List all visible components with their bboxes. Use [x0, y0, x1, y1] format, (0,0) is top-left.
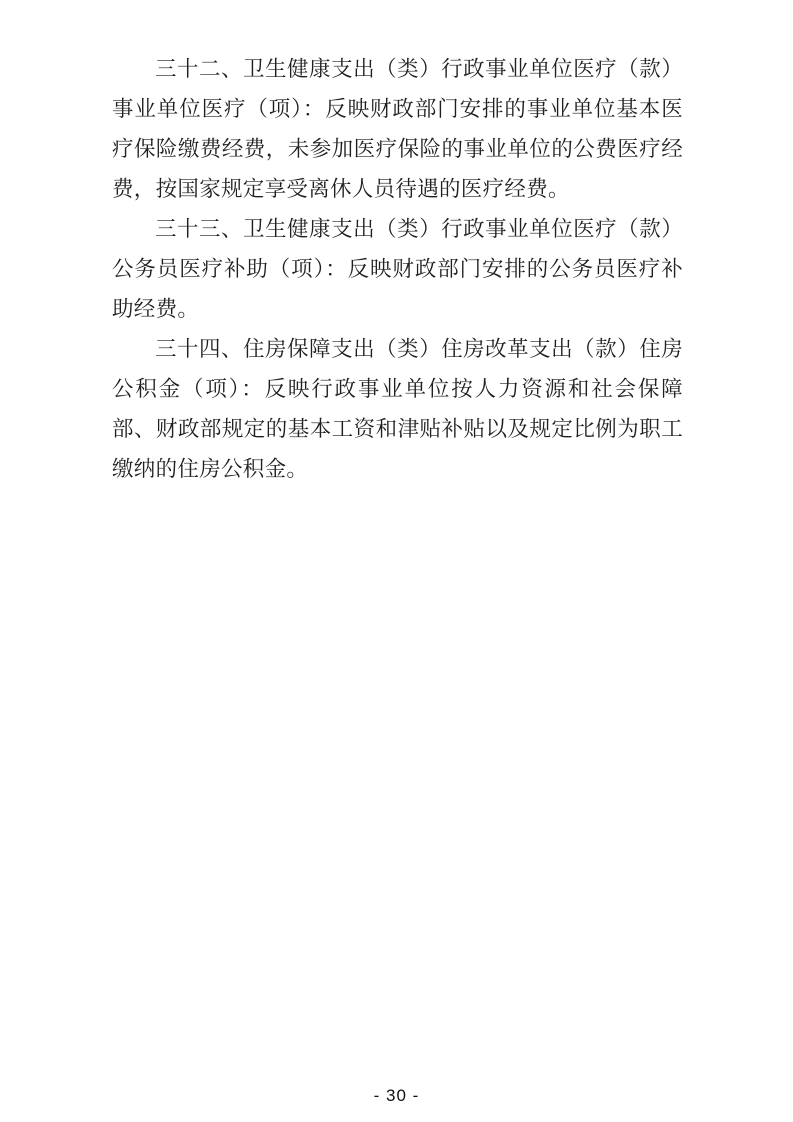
paragraph-item-33: 三十三、卫生健康支出（类）行政事业单位医疗（款）公务员医疗补助（项）：反映财政部… [112, 209, 683, 329]
page-footer: - 30 - [0, 1086, 793, 1106]
page-number: - 30 - [374, 1086, 420, 1105]
document-page: 三十二、卫生健康支出（类）行政事业单位医疗（款）事业单位医疗（项）：反映财政部门… [0, 0, 793, 1122]
paragraph-item-32: 三十二、卫生健康支出（类）行政事业单位医疗（款）事业单位医疗（项）：反映财政部门… [112, 49, 683, 209]
paragraph-item-34: 三十四、住房保障支出（类）住房改革支出（款）住房公积金（项）：反映行政事业单位按… [112, 329, 683, 489]
document-body: 三十二、卫生健康支出（类）行政事业单位医疗（款）事业单位医疗（项）：反映财政部门… [112, 49, 683, 489]
